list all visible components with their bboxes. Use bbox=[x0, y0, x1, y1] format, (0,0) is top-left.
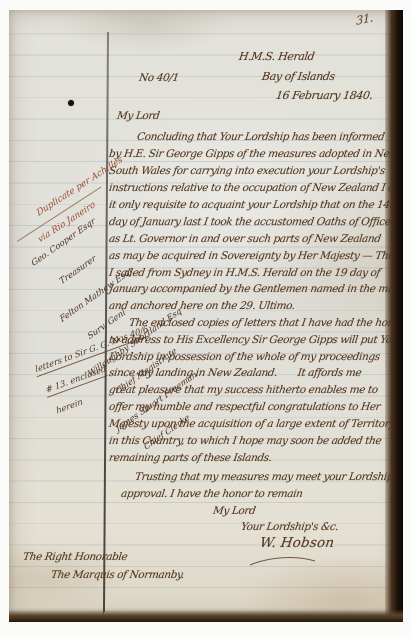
body-line: Trusting that my measures may meet your … bbox=[134, 471, 401, 484]
body-line: South Wales for carrying into execution … bbox=[108, 165, 386, 178]
official-title: Treasurer bbox=[44, 223, 141, 297]
body-line: instructions relative to the occupation … bbox=[108, 182, 403, 195]
dispatch-number: No 40/1 bbox=[138, 72, 179, 85]
salutation: My Lord bbox=[116, 110, 160, 123]
letterhead-date: 16 February 1840. bbox=[275, 89, 373, 102]
ink-blot-dot bbox=[68, 100, 74, 106]
addressee-line: The Right Honorable bbox=[22, 551, 128, 564]
letterhead-ship: H.M.S. Herald bbox=[238, 50, 315, 63]
addressee-line: The Marquis of Normanby. bbox=[50, 569, 185, 582]
photograph-frame: 31. H.M.S. Herald Bay of Islands 16 Febr… bbox=[0, 0, 412, 639]
letterhead-place: Bay of Islands bbox=[261, 70, 336, 83]
valediction-lordships: Your Lordship's &c. bbox=[240, 521, 339, 534]
body-line: as Lt. Governor in and over such parts o… bbox=[108, 233, 381, 246]
official-name: Felton Mathew Esqr bbox=[58, 251, 155, 325]
signature: W. Hobson bbox=[259, 537, 335, 550]
body-line: it only requisite to acquaint your Lords… bbox=[108, 199, 401, 212]
manuscript-page: 31. H.M.S. Herald Bay of Islands 16 Febr… bbox=[9, 10, 403, 622]
body-line: by H.E. Sir George Gipps of the measures… bbox=[108, 148, 399, 161]
binding-edge-right bbox=[385, 10, 403, 622]
body-line: day of January last I took the accustome… bbox=[108, 216, 391, 229]
signature-flourish bbox=[247, 555, 321, 569]
binding-edge-bottom bbox=[9, 610, 403, 622]
body-line: Concluding that Your Lordship has been i… bbox=[136, 131, 385, 144]
reference-line: herein bbox=[55, 397, 83, 416]
body-line: approval. I have the honor to remain bbox=[120, 488, 303, 501]
valediction-my-lord: My Lord bbox=[212, 505, 256, 518]
folio-number: 31. bbox=[356, 11, 373, 28]
